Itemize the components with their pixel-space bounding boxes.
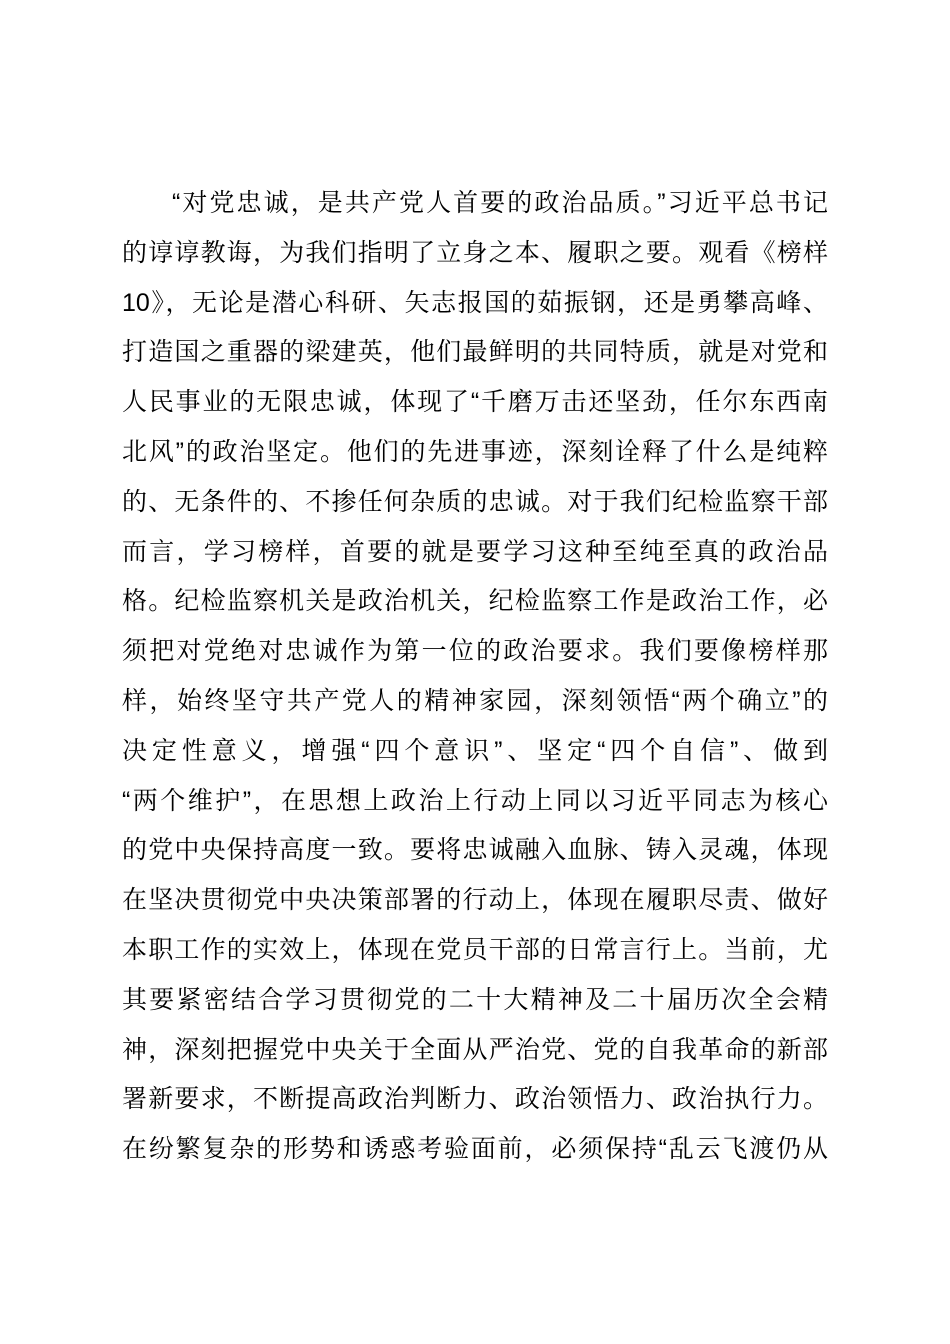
text-line: 在坚决贯彻党中央决策部署的行动上，体现在履职尽责、做好	[122, 876, 828, 926]
text-line: “两个维护”，在思想上政治上行动上同以习近平同志为核心	[122, 777, 828, 827]
text-line: 的党中央保持高度一致。要将忠诚融入血脉、铸入灵魂，体现	[122, 826, 828, 876]
document-page: “对党忠诚，是共产党人首要的政治品质。”习近平总书记的谆谆教诲，为我们指明了立身…	[0, 0, 950, 1344]
text-line: 在纷繁复杂的形势和诱惑考验面前，必须保持“乱云飞渡仍从	[122, 1125, 828, 1175]
text-line: 样，始终坚守共产党人的精神家园，深刻领悟“两个确立”的	[122, 677, 828, 727]
text-line: 10》，无论是潜心科研、矢志报国的茹振钢，还是勇攀高峰、	[122, 279, 828, 329]
text-line: 须把对党绝对忠诚作为第一位的政治要求。我们要像榜样那	[122, 627, 828, 677]
text-line: 人民事业的无限忠诚，体现了“千磨万击还坚劲，任尔东西南	[122, 378, 828, 428]
text-line: 的、无条件的、不掺任何杂质的忠诚。对于我们纪检监察干部	[122, 478, 828, 528]
text-line: 的谆谆教诲，为我们指明了立身之本、履职之要。观看《榜样	[122, 229, 828, 279]
text-line: 北风”的政治坚定。他们的先进事迹，深刻诠释了什么是纯粹	[122, 428, 828, 478]
text-line: 本职工作的实效上，体现在党员干部的日常言行上。当前，尤	[122, 926, 828, 976]
text-line: 神，深刻把握党中央关于全面从严治党、党的自我革命的新部	[122, 1026, 828, 1076]
text-line: 署新要求，不断提高政治判断力、政治领悟力、政治执行力。	[122, 1075, 828, 1125]
paragraph: “对党忠诚，是共产党人首要的政治品质。”习近平总书记的谆谆教诲，为我们指明了立身…	[122, 179, 828, 1175]
text-line: 打造国之重器的梁建英，他们最鲜明的共同特质，就是对党和	[122, 328, 828, 378]
text-line: 决定性意义，增强“四个意识”、坚定“四个自信”、做到	[122, 727, 828, 777]
text-line: 其要紧密结合学习贯彻党的二十大精神及二十届历次全会精	[122, 976, 828, 1026]
text-line: 而言，学习榜样，首要的就是要学习这种至纯至真的政治品	[122, 528, 828, 578]
text-line: 格。纪检监察机关是政治机关，纪检监察工作是政治工作，必	[122, 577, 828, 627]
text-line: “对党忠诚，是共产党人首要的政治品质。”习近平总书记	[122, 179, 828, 229]
